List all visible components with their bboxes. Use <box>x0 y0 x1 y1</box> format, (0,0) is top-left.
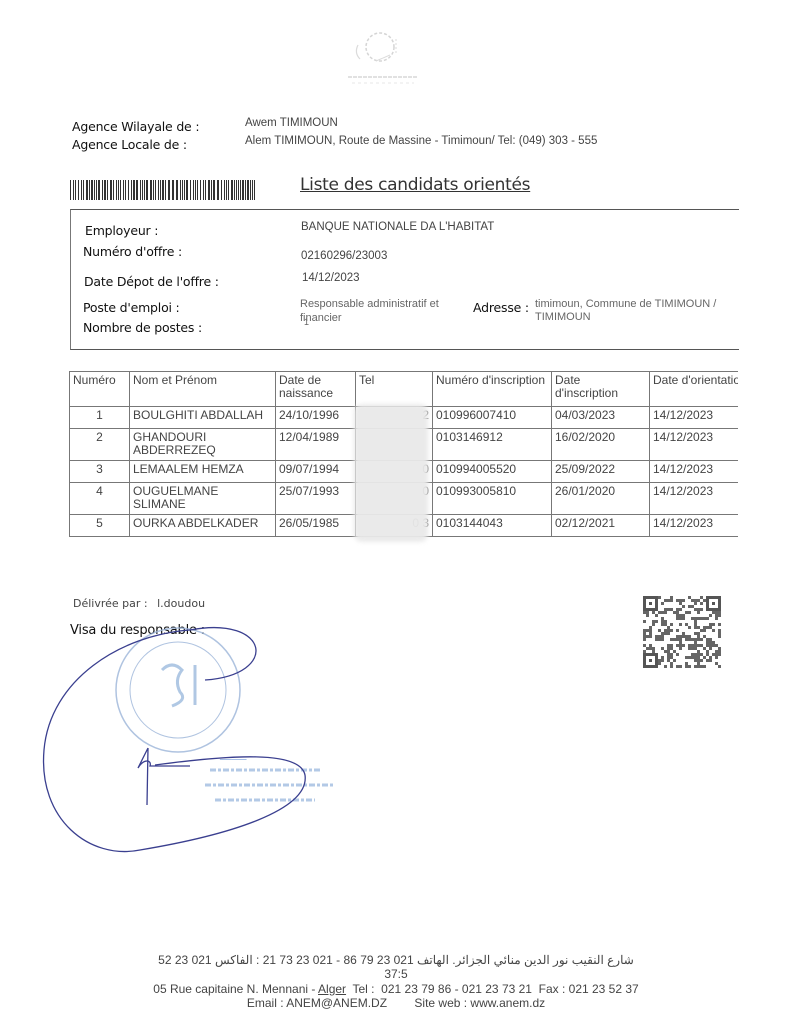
agence-wilayale-label: Agence Wilayale de : <box>72 119 199 134</box>
cell-numero: 3 <box>70 461 130 483</box>
cell-date-orientation: 14/12/2023 <box>650 483 752 515</box>
cell-numero-inscription: 0103146912 <box>433 429 552 461</box>
cell-date-inscription: 25/09/2022 <box>552 461 650 483</box>
agence-wilayale-value: Awem TIMIMOUN <box>245 117 338 129</box>
col-date-naissance: Date de naissance <box>276 372 356 407</box>
footer-french-address: 05 Rue capitaine N. Mennani - Alger Tel … <box>0 982 792 996</box>
footer-arabic-address: شارع النقيب نور الدين منائي الجزائر. اله… <box>0 953 792 967</box>
cell-date-orientation: 14/12/2023 <box>650 407 752 429</box>
footer-address-prefix: 05 Rue capitaine N. Mennani - <box>153 982 318 996</box>
cell-nom-prenom: GHANDOURI ABDERREZEQ <box>130 429 276 461</box>
cell-date-inscription: 16/02/2020 <box>552 429 650 461</box>
footer-web: Email : ANEM@ANEM.DZ Site web : www.anem… <box>0 996 792 1010</box>
col-nom-prenom: Nom et Prénom <box>130 372 276 407</box>
adresse-value-line1: timimoun, Commune de TIMIMOUN / <box>535 298 716 310</box>
adresse-value-line2: TIMIMOUN <box>535 311 591 323</box>
employeur-label: Employeur : <box>85 223 158 238</box>
document-title: Liste des candidats orientés <box>300 175 530 195</box>
cell-nom-prenom: BOULGHITI ABDALLAH <box>130 407 276 429</box>
footer-address-city: Alger <box>318 982 346 996</box>
col-date-inscription: Date d'inscription <box>552 372 650 407</box>
delivree-par: Délivrée par : l.doudou <box>73 597 205 610</box>
table-header-row: Numéro Nom et Prénom Date de naissance T… <box>70 372 752 407</box>
cell-nom-prenom: OUGUELMANE SLIMANE <box>130 483 276 515</box>
cell-numero: 1 <box>70 407 130 429</box>
cell-nom-prenom: OURKA ABDELKADER <box>130 515 276 537</box>
cell-date-naissance: 09/07/1994 <box>276 461 356 483</box>
col-date-orientation: Date d'orientatio <box>650 372 752 407</box>
cell-nom-prenom: LEMAALEM HEMZA <box>130 461 276 483</box>
cell-date-inscription: 02/12/2021 <box>552 515 650 537</box>
cell-date-inscription: 04/03/2023 <box>552 407 650 429</box>
nombre-postes-value: 1 <box>304 317 309 327</box>
col-numero-inscription: Numéro d'inscription <box>433 372 552 407</box>
footer-email[interactable]: Email : ANEM@ANEM.DZ <box>247 996 387 1010</box>
cell-date-naissance: 25/07/1993 <box>276 483 356 515</box>
cell-numero: 4 <box>70 483 130 515</box>
footer-contacts: Tel : 021 23 79 86 - 021 23 73 21 Fax : … <box>346 982 639 996</box>
anem-logo-icon <box>338 25 428 95</box>
barcode <box>70 180 278 200</box>
numero-offre-label: Numéro d'offre : <box>83 244 182 259</box>
poste-emploi-label: Poste d'emploi : <box>83 300 180 315</box>
adresse-label: Adresse : <box>473 300 529 315</box>
cell-date-orientation: 14/12/2023 <box>650 461 752 483</box>
delivree-value: l.doudou <box>157 597 205 610</box>
cell-numero-inscription: 0103144043 <box>433 515 552 537</box>
cell-date-naissance: 26/05/1985 <box>276 515 356 537</box>
agence-locale-label: Agence Locale de : <box>72 137 187 152</box>
cell-date-orientation: 14/12/2023 <box>650 515 752 537</box>
cell-numero: 2 <box>70 429 130 461</box>
nombre-postes-label: Nombre de postes : <box>83 320 202 335</box>
cell-date-naissance: 12/04/1989 <box>276 429 356 461</box>
col-tel: Tel <box>356 372 433 407</box>
footer-arabic-address-cont: 37:5 <box>0 967 792 981</box>
cell-date-orientation: 14/12/2023 <box>650 429 752 461</box>
footer-website[interactable]: Site web : www.anem.dz <box>414 996 545 1010</box>
official-stamp-signature-icon: ـــــــــ <box>30 620 370 880</box>
qr-code-icon <box>643 596 721 668</box>
page-clip <box>738 365 792 545</box>
date-depot-value: 14/12/2023 <box>302 272 360 284</box>
poste-emploi-value-line1: Responsable administratif et <box>300 298 439 310</box>
agence-locale-value: Alem TIMIMOUN, Route de Massine - Timimo… <box>245 135 597 147</box>
employeur-value: BANQUE NATIONALE DA L'HABITAT <box>301 221 494 233</box>
col-numero: Numéro <box>70 372 130 407</box>
cell-numero-inscription: 010996007410 <box>433 407 552 429</box>
redacted-phone-numbers <box>354 404 428 542</box>
cell-date-inscription: 26/01/2020 <box>552 483 650 515</box>
numero-offre-value: 02160296/23003 <box>301 250 387 262</box>
date-depot-label: Date Dépot de l'offre : <box>84 274 219 289</box>
cell-numero-inscription: 010993005810 <box>433 483 552 515</box>
cell-date-naissance: 24/10/1996 <box>276 407 356 429</box>
cell-numero-inscription: 010994005520 <box>433 461 552 483</box>
cell-numero: 5 <box>70 515 130 537</box>
delivree-label: Délivrée par : <box>73 597 148 610</box>
